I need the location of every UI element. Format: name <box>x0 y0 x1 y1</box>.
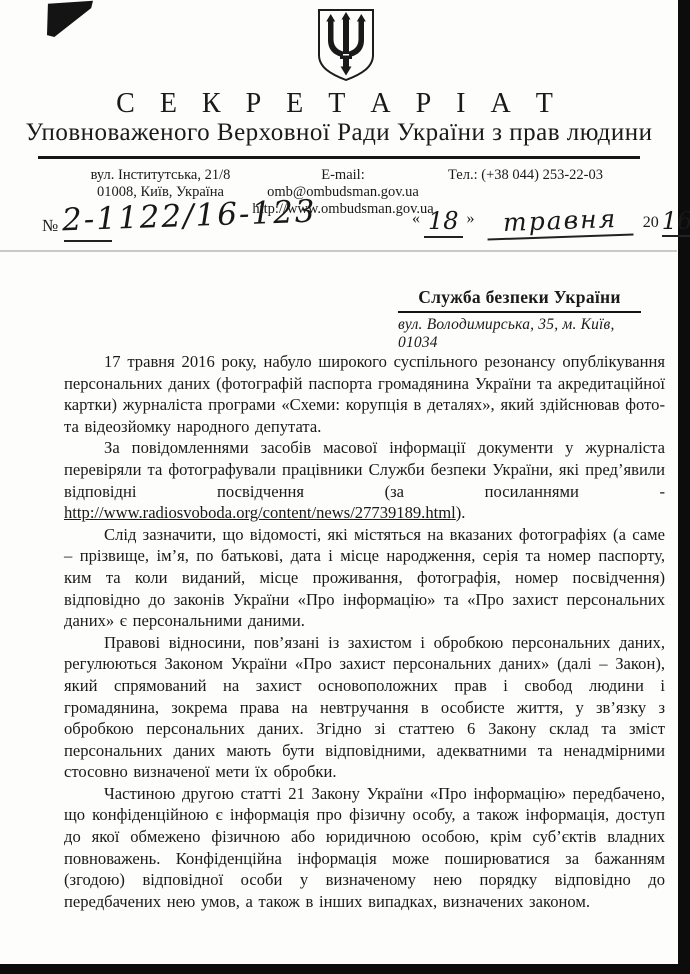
contact-address-line1: вул. Інститутська, 21/8 <box>78 167 243 184</box>
org-subtitle: Уповноваженого Верховної Ради України з … <box>0 119 678 147</box>
date-month-handwritten: травня <box>486 203 633 240</box>
paragraph-2: За повідомленнями засобів масової інформ… <box>64 437 665 523</box>
reference-line: № 2-1122/16-123 « 18 » травня 20 16 р. <box>40 200 660 248</box>
scan-corner-fold-artifact <box>47 0 93 37</box>
paragraph-2-text: За повідомленнями засобів масової інформ… <box>64 438 665 500</box>
ukraine-trident-emblem-icon <box>316 7 376 83</box>
org-title: С Е К Р Е Т А Р І А Т <box>0 88 678 120</box>
date-year-prefix: 20 <box>643 214 659 231</box>
date-open-quote: « <box>412 210 420 227</box>
faint-divider <box>0 250 677 252</box>
reference-number-label: № <box>42 216 58 236</box>
recipient-address: вул. Володимирська, 35, м. Київ, 01034 <box>398 316 641 352</box>
paragraph-4: Правові відносини, пов’язані із захистом… <box>64 632 665 783</box>
scanned-letter-page: С Е К Р Е Т А Р І А Т Уповноваженого Вер… <box>0 0 690 974</box>
paragraph-3: Слід зазначити, що відомості, які містят… <box>64 524 665 632</box>
date-year-handwritten: 16 <box>662 207 690 237</box>
scan-edge-right <box>678 0 690 974</box>
scan-edge-bottom <box>0 964 690 974</box>
contact-phone: Тел.: (+38 044) 253-22-03 <box>448 167 648 184</box>
recipient-block: Служба безпеки України вул. Володимирськ… <box>398 287 641 352</box>
contact-address: вул. Інститутська, 21/8 01008, Київ, Укр… <box>78 167 243 201</box>
date-close-quote: » <box>467 210 475 227</box>
date-block: « 18 » травня 20 16 р. <box>412 206 690 238</box>
radiosvoboda-url-link[interactable]: http://www.radiosvoboda.org/content/news… <box>64 503 456 522</box>
header-rule <box>38 156 640 159</box>
paragraph-5: Частиною другою статті 21 Закону України… <box>64 783 665 913</box>
reference-number-underline <box>64 240 112 242</box>
date-day-handwritten: 18 <box>424 207 463 238</box>
letter-body: 17 травня 2016 року, набуло широкого сус… <box>64 351 665 912</box>
reference-number-handwritten: 2-1122/16-123 <box>61 194 317 239</box>
paragraph-1: 17 травня 2016 року, набуло широкого сус… <box>64 351 665 437</box>
paragraph-2-tail: ). <box>456 503 466 522</box>
recipient-name: Служба безпеки України <box>398 287 641 313</box>
